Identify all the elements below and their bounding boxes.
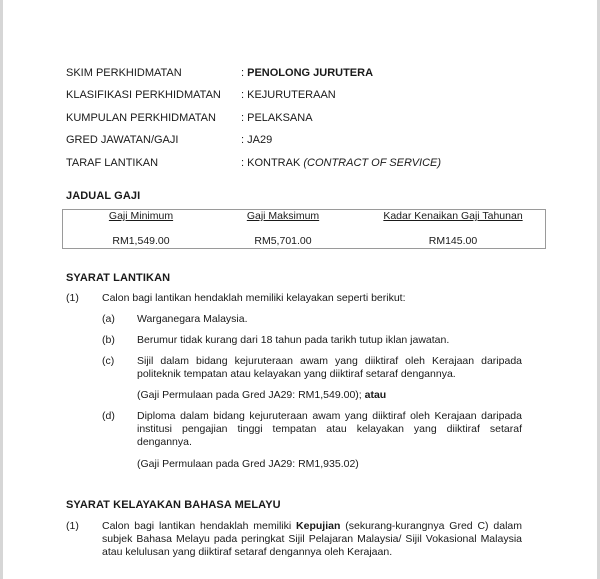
info-label: KUMPULAN PERKHIDMATAN bbox=[66, 107, 241, 129]
item-text-line: Diploma dalam bidang kejuruteraan awam y… bbox=[137, 410, 522, 423]
item-number: (d) bbox=[102, 410, 115, 423]
item-number: (b) bbox=[102, 334, 115, 347]
info-row-gred: GRED JAWATAN/GAJI : JA29 bbox=[66, 129, 441, 151]
info-value: : PELAKSANA bbox=[241, 107, 313, 129]
info-row-taraf: TARAF LANTIKAN : KONTRAK (CONTRACT OF SE… bbox=[66, 152, 441, 174]
info-label: TARAF LANTIKAN bbox=[66, 152, 241, 174]
item-gaji-permulaan: (Gaji Permulaan pada Gred JA29: RM1,549.… bbox=[137, 389, 522, 402]
item-number: (1) bbox=[66, 292, 79, 305]
info-value: : PENOLONG JURUTERA bbox=[241, 62, 373, 84]
salary-col-header: Gaji Maksimum bbox=[223, 210, 343, 222]
info-row-skim: SKIM PERKHIDMATAN : PENOLONG JURUTERA bbox=[66, 62, 441, 84]
info-value: : JA29 bbox=[241, 129, 272, 151]
info-label: SKIM PERKHIDMATAN bbox=[66, 62, 241, 84]
item-text-line: institusi pengajian tinggi tempatan atau… bbox=[137, 423, 522, 436]
info-label: KLASIFIKASI PERKHIDMATAN bbox=[66, 84, 241, 106]
item-text: Berumur tidak kurang dari 18 tahun pada … bbox=[137, 334, 522, 347]
item-text-line: subjek Bahasa Melayu pada peringkat Siji… bbox=[102, 533, 522, 546]
info-row-kumpulan: KUMPULAN PERKHIDMATAN : PELAKSANA bbox=[66, 107, 441, 129]
section-heading-jadual-gaji: JADUAL GAJI bbox=[66, 190, 140, 202]
item-gaji-permulaan: (Gaji Permulaan pada Gred JA29: RM1,935.… bbox=[137, 458, 522, 471]
item-text: Calon bagi lantikan hendaklah memiliki k… bbox=[102, 292, 522, 305]
salary-col-value: RM1,549.00 bbox=[81, 235, 201, 247]
info-value: : KEJURUTERAAN bbox=[241, 84, 336, 106]
section-heading-syarat-lantikan: SYARAT LANTIKAN bbox=[66, 272, 170, 284]
item-number: (c) bbox=[102, 355, 114, 368]
salary-col-value: RM145.00 bbox=[363, 235, 543, 247]
item-text: Warganegara Malaysia. bbox=[137, 313, 522, 326]
info-label: GRED JAWATAN/GAJI bbox=[66, 129, 241, 151]
info-row-klasifikasi: KLASIFIKASI PERKHIDMATAN : KEJURUTERAAN bbox=[66, 84, 441, 106]
item-text-line: atau kelulusan yang diiktiraf setaraf de… bbox=[102, 546, 522, 559]
salary-col-header: Kadar Kenaikan Gaji Tahunan bbox=[363, 210, 543, 222]
item-number: (a) bbox=[102, 313, 115, 326]
item-text-line: dengannya. bbox=[137, 436, 522, 449]
item-text-line: Sijil dalam bidang kejuruteraan awam yan… bbox=[137, 355, 522, 368]
info-value: : KONTRAK (CONTRACT OF SERVICE) bbox=[241, 152, 441, 174]
item-number: (1) bbox=[66, 520, 79, 533]
salary-table: Gaji Minimum RM1,549.00 Gaji Maksimum RM… bbox=[62, 209, 546, 249]
item-text-line: politeknik tempatan atau kelayakan yang … bbox=[137, 368, 522, 381]
job-info-block: SKIM PERKHIDMATAN : PENOLONG JURUTERA KL… bbox=[66, 62, 441, 174]
salary-col-value: RM5,701.00 bbox=[223, 235, 343, 247]
section-heading-syarat-bahasa: SYARAT KELAYAKAN BAHASA MELAYU bbox=[66, 499, 281, 511]
item-text-line: Calon bagi lantikan hendaklah memiliki K… bbox=[102, 520, 522, 533]
page-border-left bbox=[0, 0, 3, 579]
salary-col-header: Gaji Minimum bbox=[81, 210, 201, 222]
